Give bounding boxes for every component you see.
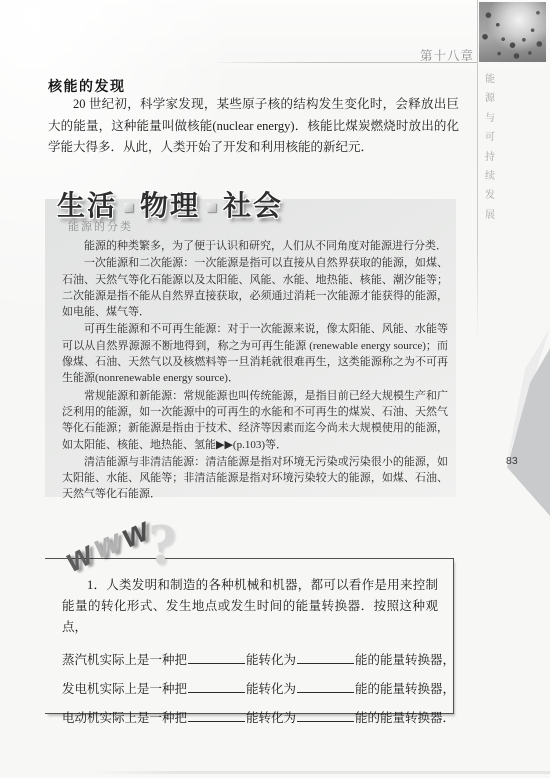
exercise-tail: 能的能量转换器， [355,682,455,696]
sidebar-char: 能 [483,70,497,89]
banner-word: 生活 [57,184,117,224]
watermark-dark-diamond [495,328,550,530]
exercise-lead: 蒸汽机实际上是一种把 [62,653,187,667]
sidebar-char: 发 [483,186,497,205]
reading-panel-body: 能源的种类繁多，为了便于认识和研究，人们从不同角度对能源进行分类． 一次能源和二… [62,238,448,504]
textbook-page: 第十八章 能 源 与 可 持 续 发 展 83 核能的发现 20 世纪初，科学家… [0,0,550,778]
sidebar-char: 持 [483,148,497,167]
exercise-line: 蒸汽机实际上是一种把能转化为能的能量转换器， [62,650,438,670]
banner-life-physics-society: 生活物理社会 [57,184,283,224]
reading-paragraph: 可再生能源和不可再生能源：对于一次能源来说，像太阳能、风能、水能等可以从自然界源… [62,321,448,386]
exercise-lead: 电动机实际上是一种把 [62,711,187,725]
exercise-line: 电动机实际上是一种把能转化为能的能量转换器． [62,708,438,728]
banner-bullet-icon [207,203,216,212]
reading-paragraph: 常规能源和新能源：常规能源也叫传统能源，是指目前已经大规模生产和广泛利用的能源，… [62,388,448,453]
exercise-blank [188,679,245,693]
exercise-blank [188,708,245,722]
watermark-polygon [495,328,550,530]
exercise-blank [297,679,354,693]
section-title: 核能的发现 [48,76,126,96]
chapter-label: 第十八章 [420,46,474,64]
exercise-mid: 能转化为 [246,653,296,667]
exercise-mid: 能转化为 [246,682,296,696]
page-number: 83 [506,455,518,467]
banner-word: 物理 [140,184,200,224]
sidebar-char: 可 [483,128,497,147]
sidebar-char: 与 [483,109,497,128]
page-bottom-edge [90,771,550,774]
sidebar-char: 续 [483,167,497,186]
sidebar-vertical-title: 能 源 与 可 持 续 发 展 [483,70,497,225]
exercise-mid: 能转化为 [246,711,296,725]
reading-panel: 能源的分类 能源的种类繁多，为了便于认识和研究，人们从不同角度对能源进行分类． … [45,199,456,497]
reading-paragraph: 能源的种类繁多，为了便于认识和研究，人们从不同角度对能源进行分类． [62,238,448,254]
sidebar-char: 展 [483,206,497,225]
exercise-blank [297,708,354,722]
exercise-blank [188,650,245,664]
sidebar-divider [477,0,478,345]
corner-flower-photo [479,2,546,62]
exercise-line: 发电机实际上是一种把能转化为能的能量转换器， [62,679,438,699]
exercise-tail: 能的能量转换器， [355,653,455,667]
banner-bullet-icon [124,203,133,212]
section-intro: 20 世纪初，科学家发现，某些原子核的结构发生变化时，会释放出巨大的能量，这种能… [48,94,459,159]
sidebar-char: 源 [483,89,497,108]
exercise-content: 1．人类发明和制造的各种机械和机器，都可以看作是用来控制能量的转化形式、发生地点… [62,575,438,728]
banner-word: 社会 [223,184,283,224]
reading-paragraph: 一次能源和二次能源：一次能源是指可以直接从自然界获取的能源，如煤、石油、天然气等… [62,255,448,320]
exercise-lead: 发电机实际上是一种把 [62,682,187,696]
exercise-blank [297,650,354,664]
reading-paragraph: 清洁能源与非清洁能源：清洁能源是指对环境无污染或污染很小的能源，如太阳能、水能、… [62,454,448,503]
www-question-marker: ? w w w [62,512,182,596]
exercise-tail: 能的能量转换器． [355,711,455,725]
